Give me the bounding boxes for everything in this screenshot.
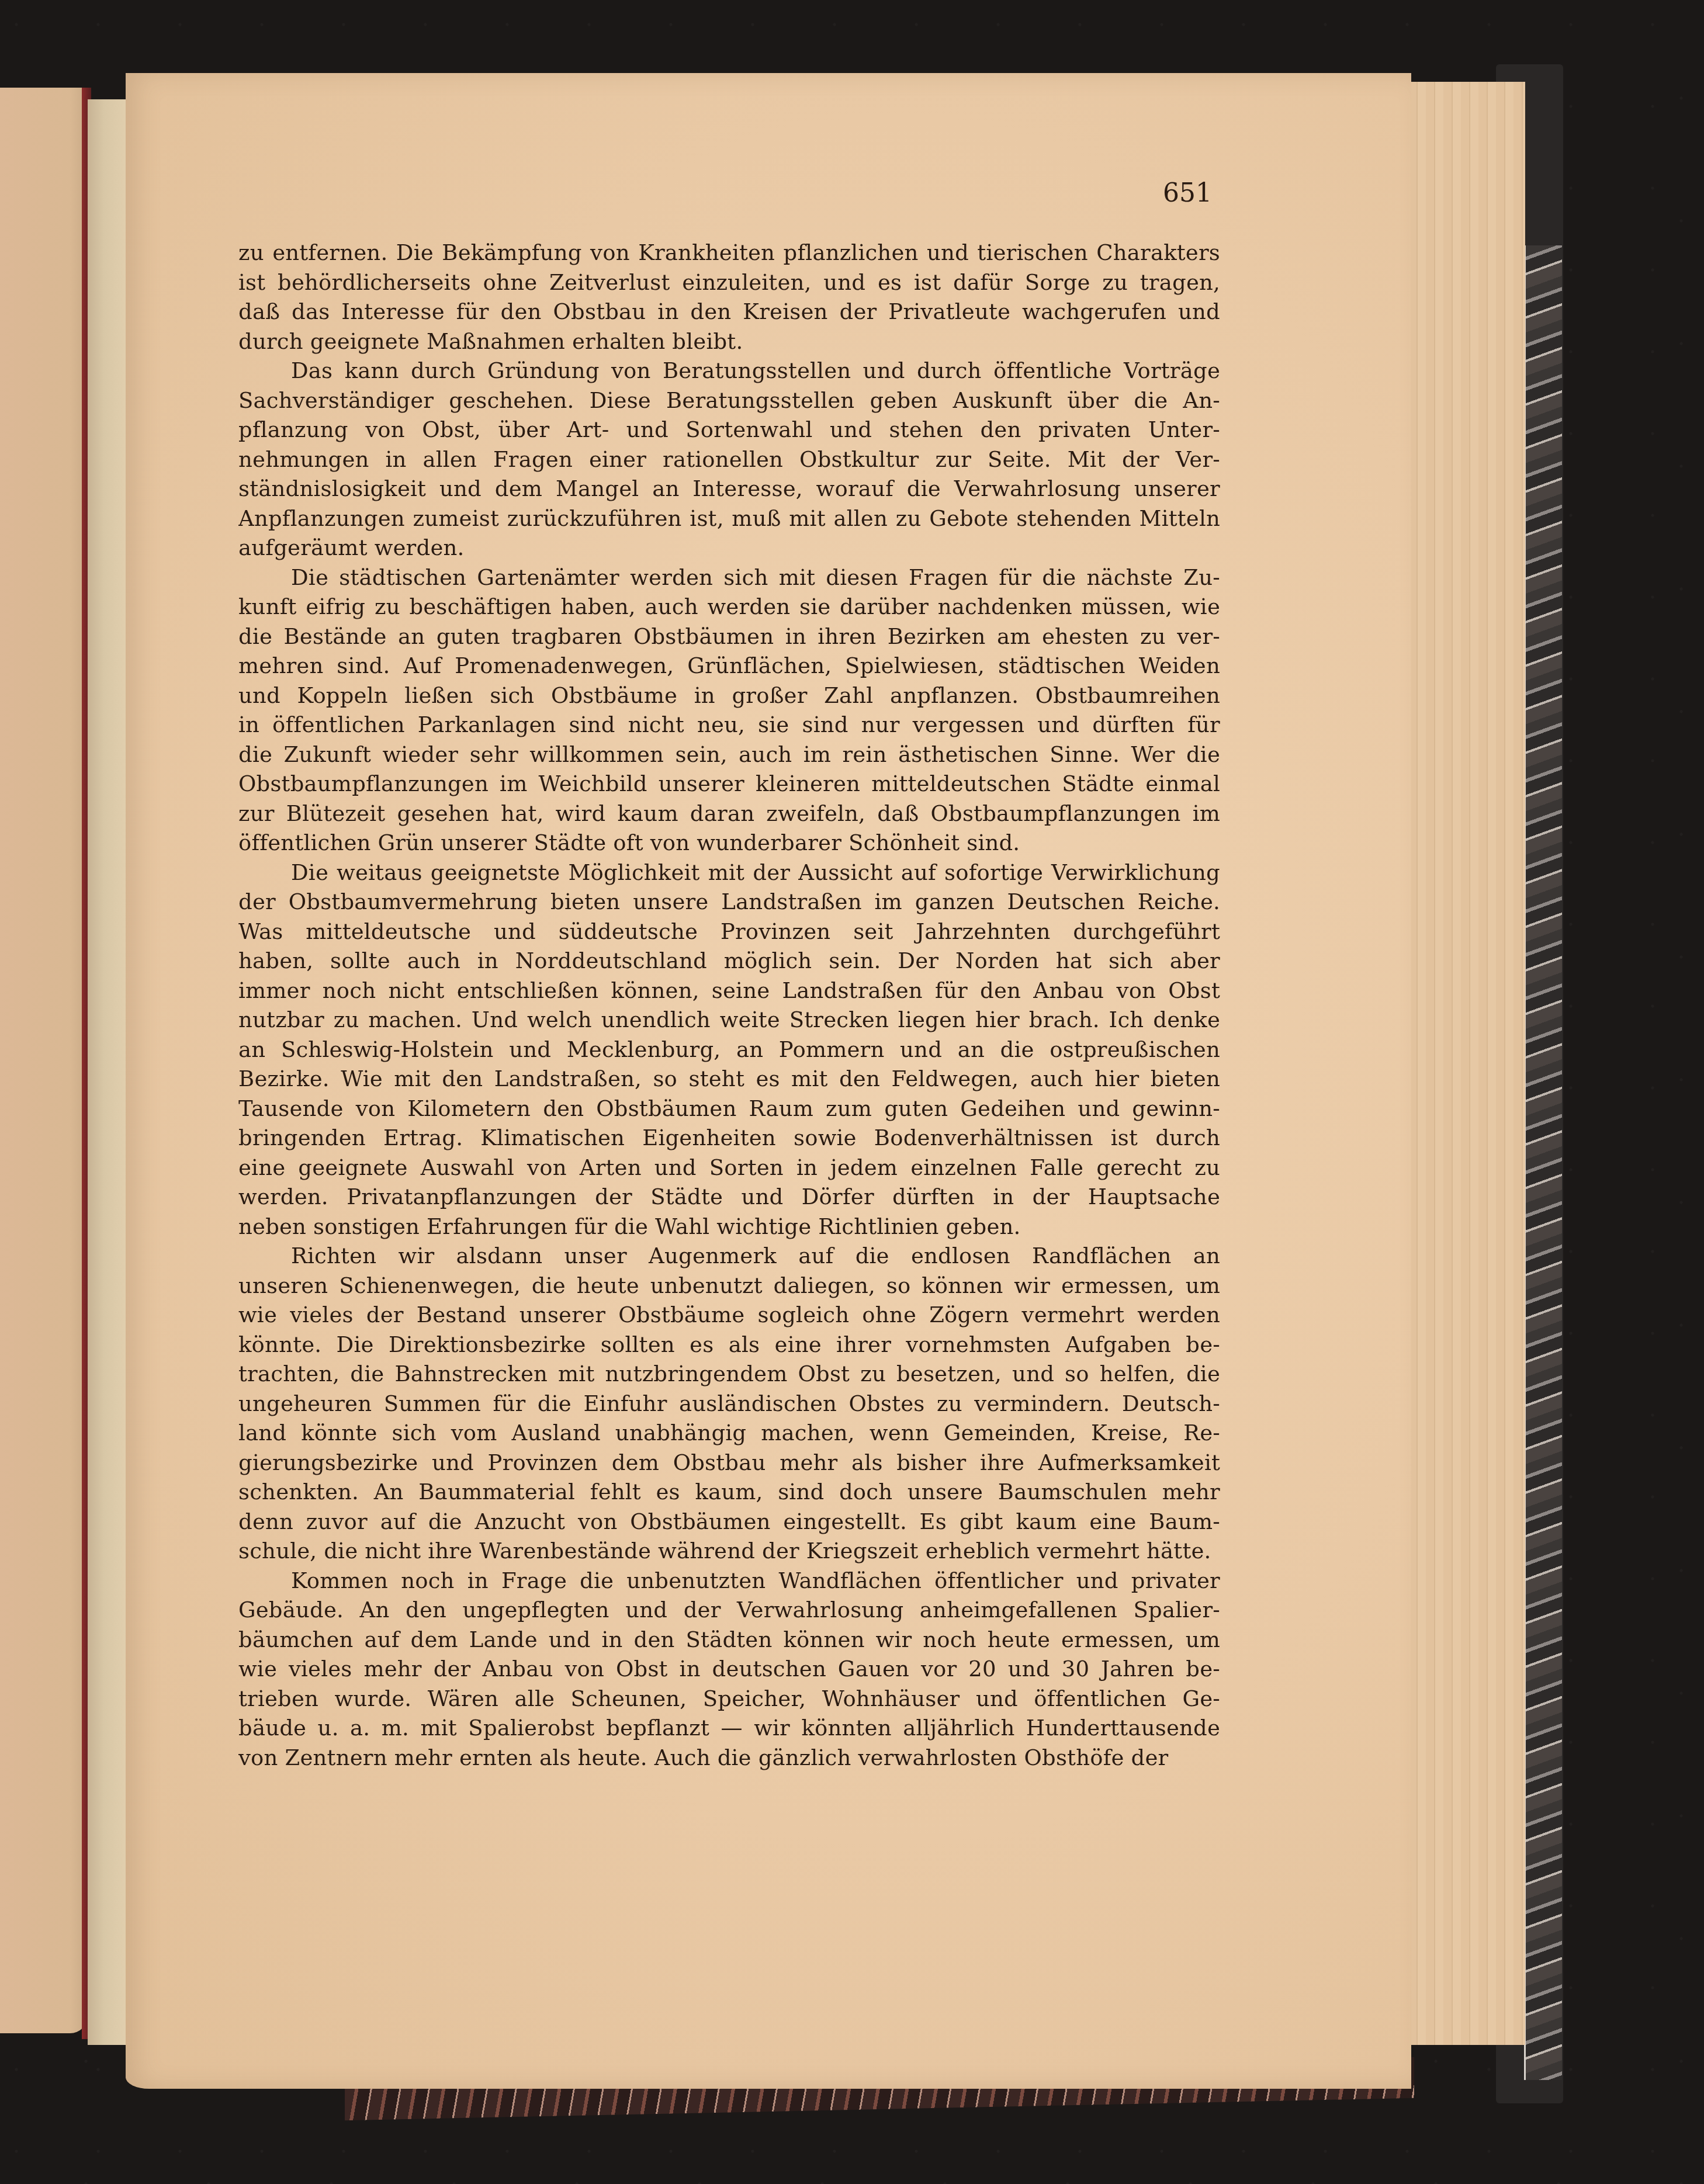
paragraph: Richten wir alsdann unser Augenmerk auf … [238, 1242, 1220, 1566]
text-line: eine geeignete Auswahl von Arten und Sor… [238, 1153, 1220, 1183]
text-line: der Obstbaumvermehrung bieten unsere Lan… [238, 888, 1220, 917]
text-line: Richten wir alsdann unser Augenmerk auf … [238, 1242, 1220, 1271]
text-line: schule, die nicht ihre Warenbestände wäh… [238, 1537, 1220, 1566]
text-line: Gebäude. An den ungepflegten und der Ver… [238, 1596, 1220, 1625]
text-line: immer noch nicht entschließen können, se… [238, 976, 1220, 1006]
page-stack-edges [1408, 82, 1525, 2045]
text-line: Kommen noch in Frage die unbenutzten Wan… [238, 1566, 1220, 1596]
text-line: Bezirke. Wie mit den Landstraßen, so ste… [238, 1065, 1220, 1094]
text-line: trachten, die Bahnstrecken mit nutzbring… [238, 1360, 1220, 1389]
text-line: ist behördlicherseits ohne Zeitverlust e… [238, 268, 1220, 298]
text-line: zur Blütezeit gesehen hat, wird kaum dar… [238, 799, 1220, 829]
text-line: und Koppeln ließen sich Obstbäume in gro… [238, 681, 1220, 711]
text-line: in öffentlichen Parkanlagen sind nicht n… [238, 710, 1220, 740]
text-line: land könnte sich vom Ausland unabhängig … [238, 1419, 1220, 1448]
book-gutter [88, 99, 129, 2045]
text-line: denn zuvor auf die Anzucht von Obstbäume… [238, 1507, 1220, 1537]
text-line: könnte. Die Direktionsbezirke sollten es… [238, 1330, 1220, 1360]
text-line: Die städtischen Gartenämter werden sich … [238, 563, 1220, 593]
text-line: zu entfernen. Die Bekämpfung von Krankhe… [238, 238, 1220, 268]
page-number: 651 [1163, 178, 1212, 208]
text-line: bäumchen auf dem Lande und in den Städte… [238, 1625, 1220, 1655]
text-line: Obstbaumpflanzungen im Weichbild unserer… [238, 769, 1220, 799]
text-line: bringenden Ertrag. Klimatischen Eigenhei… [238, 1124, 1220, 1153]
text-line: haben, sollte auch in Norddeutschland mö… [238, 947, 1220, 976]
text-line: neben sonstigen Erfahrungen für die Wahl… [238, 1212, 1220, 1242]
left-page [0, 88, 88, 2033]
paragraph: Die städtischen Gartenämter werden sich … [238, 563, 1220, 858]
text-line: an Schleswig-Holstein und Mecklenburg, a… [238, 1035, 1220, 1065]
text-line: Tausende von Kilometern den Obstbäumen R… [238, 1094, 1220, 1124]
text-line: unseren Schienenwegen, die heute unbenut… [238, 1271, 1220, 1301]
text-line: gierungsbezirke und Provinzen dem Obstba… [238, 1448, 1220, 1478]
text-line: wie vieles der Bestand unserer Obstbäume… [238, 1301, 1220, 1330]
text-line: wie vieles mehr der Anbau von Obst in de… [238, 1655, 1220, 1684]
text-line: die Bestände an guten tragbaren Obstbäum… [238, 622, 1220, 652]
text-line: bäude u. a. m. mit Spalierobst bepflanzt… [238, 1714, 1220, 1743]
text-line: ungeheuren Summen für die Einfuhr auslän… [238, 1389, 1220, 1419]
text-line: pflanzung von Obst, über Art- und Sorten… [238, 415, 1220, 445]
text-line: öffentlichen Grün unserer Städte oft von… [238, 828, 1220, 858]
text-line: Was mitteldeutsche und süddeutsche Provi… [238, 917, 1220, 947]
text-line: die Zukunft wieder sehr willkommen sein,… [238, 740, 1220, 770]
paragraph: zu entfernen. Die Bekämpfung von Krankhe… [238, 238, 1220, 356]
paragraph: Die weitaus geeignetste Möglichkeit mit … [238, 858, 1220, 1242]
text-line: Die weitaus geeignetste Möglichkeit mit … [238, 858, 1220, 888]
text-line: mehren sind. Auf Promenadenwegen, Grünfl… [238, 651, 1220, 681]
text-line: Sachverständiger geschehen. Diese Beratu… [238, 386, 1220, 416]
paragraph: Kommen noch in Frage die unbenutzten Wan… [238, 1566, 1220, 1773]
text-line: kunft eifrig zu beschäftigen haben, auch… [238, 592, 1220, 622]
text-line: Anpflanzungen zumeist zurückzuführen ist… [238, 504, 1220, 534]
text-line: schenkten. An Baummaterial fehlt es kaum… [238, 1478, 1220, 1507]
body-text: zu entfernen. Die Bekämpfung von Krankhe… [238, 238, 1220, 1773]
paragraph: Das kann durch Gründung von Beratungsste… [238, 356, 1220, 563]
text-line: von Zentnern mehr ernten als heute. Auch… [238, 1743, 1220, 1773]
marbled-cover-edge [1524, 245, 1562, 2080]
text-line: werden. Privatanpflanzungen der Städte u… [238, 1183, 1220, 1212]
text-line: nutzbar zu machen. Und welch unendlich w… [238, 1006, 1220, 1035]
text-line: trieben wurde. Wären alle Scheunen, Spei… [238, 1684, 1220, 1714]
text-line: nehmungen in allen Fragen einer rationel… [238, 445, 1220, 475]
text-line: durch geeignete Maßnahmen erhalten bleib… [238, 327, 1220, 357]
text-line: daß das Interesse für den Obstbau in den… [238, 297, 1220, 327]
text-line: Das kann durch Gründung von Beratungsste… [238, 356, 1220, 386]
text-line: ständnislosigkeit und dem Mangel an Inte… [238, 474, 1220, 504]
text-line: aufgeräumt werden. [238, 533, 1220, 563]
